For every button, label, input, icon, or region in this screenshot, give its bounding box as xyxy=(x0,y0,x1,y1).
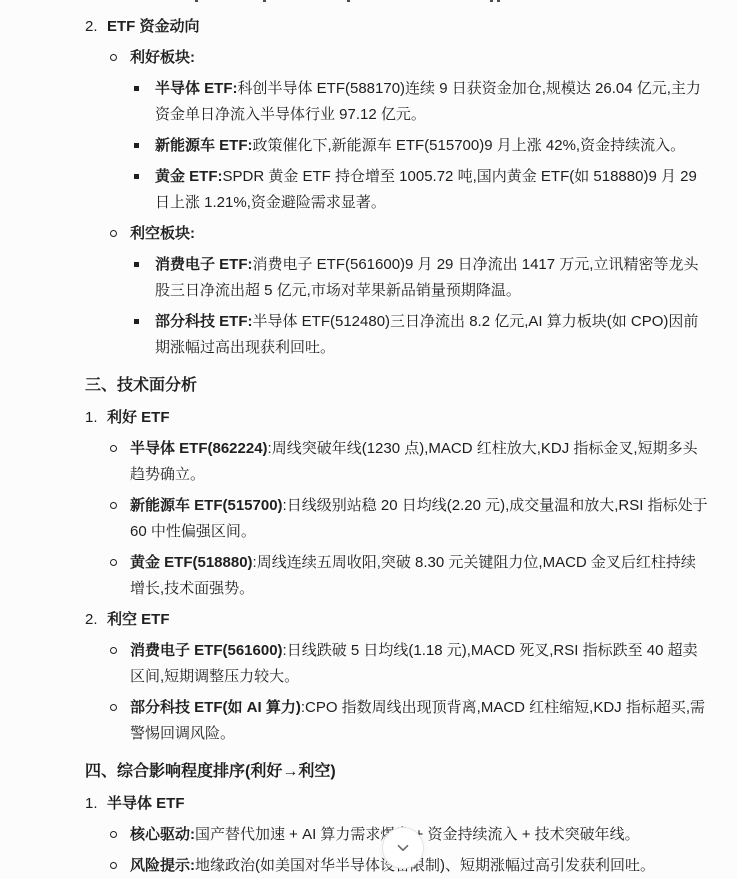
list-item-ai-tech-etf-tech: 部分科技 ETF(如 AI 算力):CPO 指数周线出现顶背离,MACD 红柱缩… xyxy=(0,695,737,747)
square-bullet-icon xyxy=(134,143,139,148)
bad-sectors-label: 利空板块: xyxy=(130,225,195,242)
item-label: 部分科技 ETF(如 AI 算力) xyxy=(130,699,301,716)
text-fragment xyxy=(497,0,500,2)
scroll-to-bottom-button[interactable] xyxy=(382,827,424,869)
item-text: 地缘政治(如美国对华半导体设备限制)、短期涨幅过高引发获利回吐。 xyxy=(195,857,655,874)
list-item-title: 半导体 ETF xyxy=(107,795,185,812)
square-bullet-icon xyxy=(134,319,139,324)
list-item-nev-etf-flow: 新能源车 ETF:政策催化下,新能源车 ETF(515700)9 月上涨 42%… xyxy=(0,133,737,159)
list-item-bearish-etf: 2. 利空 ETF xyxy=(0,607,737,633)
list-item-bad-sectors-header: 利空板块: xyxy=(0,221,737,247)
list-item-good-sectors-header: 利好板块: xyxy=(0,45,737,71)
circle-bullet-icon xyxy=(110,230,117,237)
list-item-rank1-semiconductor: 1. 半导体 ETF xyxy=(0,791,737,817)
section-heading-impact-ranking: 四、综合影响程度排序(利好→利空) xyxy=(0,759,710,785)
list-item-core-driver: 核心驱动:国产替代加速 + AI 算力需求爆发 + 资金持续流入 + 技术突破年… xyxy=(0,822,737,848)
chevron-down-icon xyxy=(394,839,412,857)
list-item-title: ETF 资金动向 xyxy=(107,18,200,35)
text-fragment xyxy=(347,0,350,2)
item-text: SPDR 黄金 ETF 持仓增至 1005.72 吨,国内黄金 ETF(如 51… xyxy=(155,168,697,211)
circle-bullet-icon xyxy=(110,831,117,838)
list-item-title: 利空 ETF xyxy=(107,611,170,628)
square-bullet-icon xyxy=(134,174,139,179)
list-item-consumer-electronics-etf-tech: 消费电子 ETF(561600):日线跌破 5 日均线(1.18 元),MACD… xyxy=(0,638,737,690)
item-label: 部分科技 ETF: xyxy=(155,313,253,330)
item-text: 政策催化下,新能源车 ETF(515700)9 月上涨 42%,资金持续流入。 xyxy=(253,137,686,154)
item-label: 核心驱动: xyxy=(130,826,195,843)
item-label: 消费电子 ETF: xyxy=(155,256,253,273)
circle-bullet-icon xyxy=(110,559,117,566)
list-item-etf-fund-flows: 2. ETF 资金动向 xyxy=(0,14,737,40)
list-item-risk-warning: 风险提示:地缘政治(如美国对华半导体设备限制)、短期涨幅过高引发获利回吐。 xyxy=(0,853,737,879)
circle-bullet-icon xyxy=(110,445,117,452)
text-fragment xyxy=(195,0,198,2)
circle-bullet-icon xyxy=(110,502,117,509)
list-item-gold-etf-flow: 黄金 ETF:SPDR 黄金 ETF 持仓增至 1005.72 吨,国内黄金 E… xyxy=(0,164,737,216)
text-fragment xyxy=(263,0,266,2)
item-label: 新能源车 ETF(515700) xyxy=(130,497,283,514)
list-item-nev-etf-tech: 新能源车 ETF(515700):日线级别站稳 20 日均线(2.20 元),成… xyxy=(0,493,737,545)
item-label: 消费电子 ETF(561600) xyxy=(130,642,283,659)
circle-bullet-icon xyxy=(110,54,117,61)
list-item-tech-etf-flow: 部分科技 ETF:半导体 ETF(512480)三日净流出 8.2 亿元,AI … xyxy=(0,309,737,361)
list-item-title: 利好 ETF xyxy=(107,409,170,426)
list-item-gold-etf-tech: 黄金 ETF(518880):周线连续五周收阳,突破 8.30 元关键阻力位,M… xyxy=(0,550,737,602)
item-label: 半导体 ETF: xyxy=(155,80,238,97)
list-number: 2. xyxy=(85,14,98,40)
circle-bullet-icon xyxy=(110,862,117,869)
item-text: 科创半导体 ETF(588170)连续 9 日获资金加仓,规模达 26.04 亿… xyxy=(155,80,701,123)
section-heading-technical-analysis: 三、技术面分析 xyxy=(0,373,710,399)
list-number: 1. xyxy=(85,791,98,817)
list-number: 1. xyxy=(85,405,98,431)
text-fragment xyxy=(490,0,493,2)
square-bullet-icon xyxy=(134,262,139,267)
etf-analysis-document: 2. ETF 资金动向 利好板块: 半导体 ETF:科创半导体 ETF(5881… xyxy=(0,14,737,879)
item-label: 黄金 ETF: xyxy=(155,168,223,185)
item-label: 风险提示: xyxy=(130,857,195,874)
list-item-semiconductor-etf-tech: 半导体 ETF(862224):周线突破年线(1230 点),MACD 红柱放大… xyxy=(0,436,737,488)
list-number: 2. xyxy=(85,607,98,633)
list-item-bullish-etf: 1. 利好 ETF xyxy=(0,405,737,431)
list-item-consumer-electronics-etf-flow: 消费电子 ETF:消费电子 ETF(561600)9 月 29 日净流出 141… xyxy=(0,252,737,304)
square-bullet-icon xyxy=(134,86,139,91)
item-label: 黄金 ETF(518880) xyxy=(130,554,253,571)
good-sectors-label: 利好板块: xyxy=(130,49,195,66)
list-item-semiconductor-etf-flow: 半导体 ETF:科创半导体 ETF(588170)连续 9 日获资金加仓,规模达… xyxy=(0,76,737,128)
item-label: 半导体 ETF(862224) xyxy=(130,440,268,457)
circle-bullet-icon xyxy=(110,647,117,654)
circle-bullet-icon xyxy=(110,704,117,711)
item-label: 新能源车 ETF: xyxy=(155,137,253,154)
